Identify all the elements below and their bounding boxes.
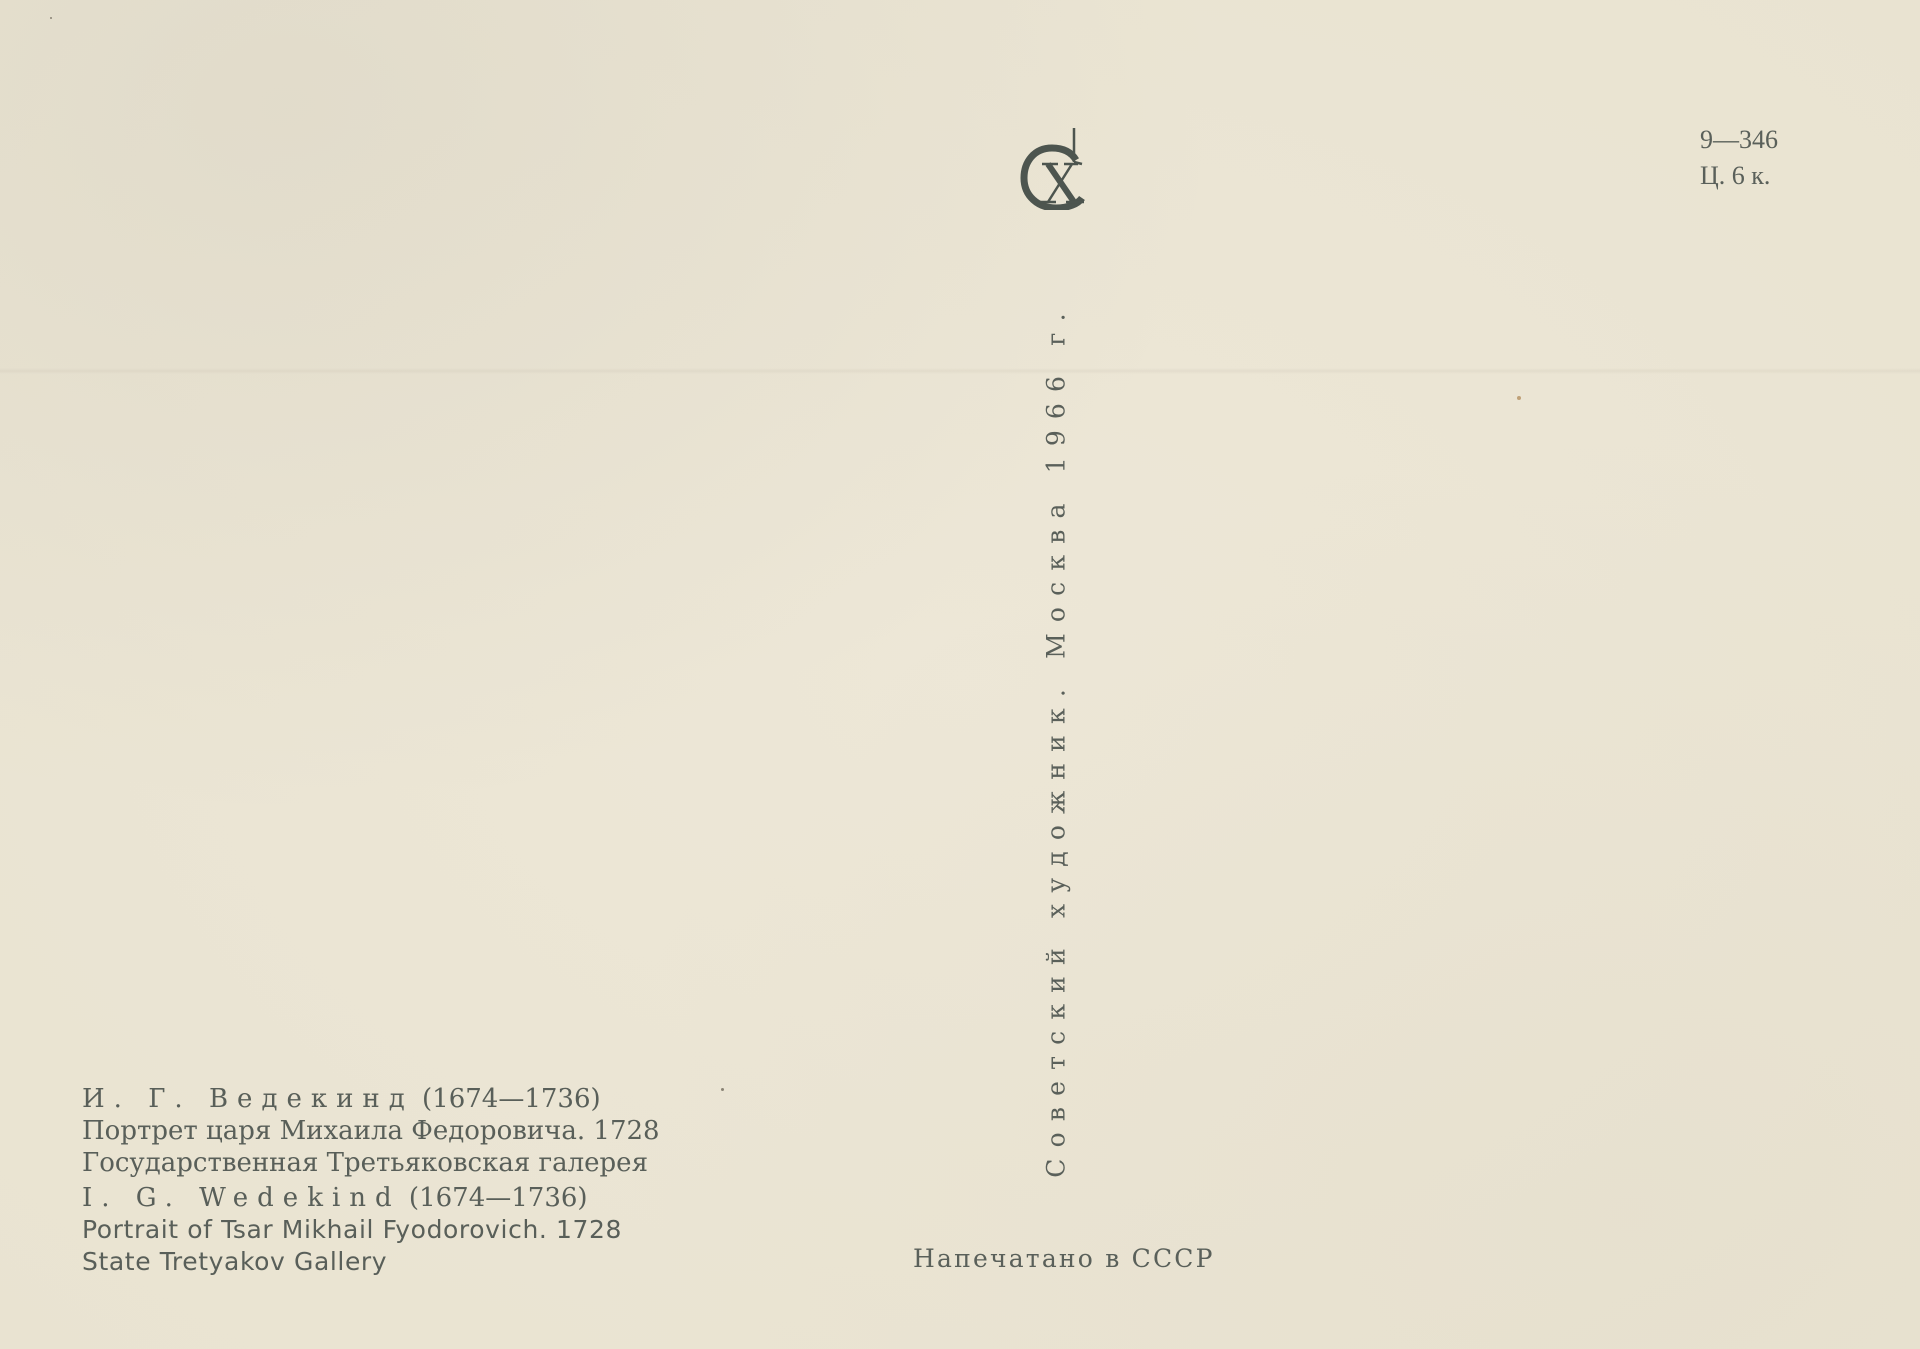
paper-speck bbox=[50, 17, 52, 19]
price: Ц. 6 к. bbox=[1700, 158, 1778, 194]
artist-name-en: I. G. Wedekind bbox=[82, 1183, 401, 1213]
artwork-title-en: Portrait of Tsar Mikhail Fyodorovich. 17… bbox=[82, 1214, 660, 1246]
sovetsky-khudozhnik-monogram-icon bbox=[1016, 124, 1088, 210]
publisher-imprint: Советский художник. Москва 1966 г. bbox=[1042, 302, 1071, 1178]
paper-speck bbox=[1517, 396, 1521, 400]
artist-dates-en: (1674—1736) bbox=[409, 1183, 588, 1213]
paper-crease bbox=[0, 368, 1920, 374]
artist-line-en: I. G. Wedekind (1674—1736) bbox=[82, 1182, 660, 1214]
collection-en: State Tretyakov Gallery bbox=[82, 1246, 660, 1278]
catalog-number: 9—346 bbox=[1700, 122, 1778, 158]
catalog-info: 9—346 Ц. 6 к. bbox=[1700, 122, 1778, 194]
artwork-caption: И. Г. Ведекинд (1674—1736) Портрет царя … bbox=[82, 1083, 660, 1278]
collection-ru: Государственная Третьяковская галерея bbox=[82, 1147, 660, 1179]
artist-line-ru: И. Г. Ведекинд (1674—1736) bbox=[82, 1083, 660, 1115]
artwork-title-ru: Портрет царя Михаила Федоровича. 1728 bbox=[82, 1115, 660, 1147]
artist-name-ru: И. Г. Ведекинд bbox=[82, 1084, 414, 1114]
artist-dates-ru: (1674—1736) bbox=[422, 1084, 601, 1114]
paper-speck bbox=[721, 1088, 724, 1091]
printed-in-label: Напечатано в СССР bbox=[913, 1244, 1215, 1273]
